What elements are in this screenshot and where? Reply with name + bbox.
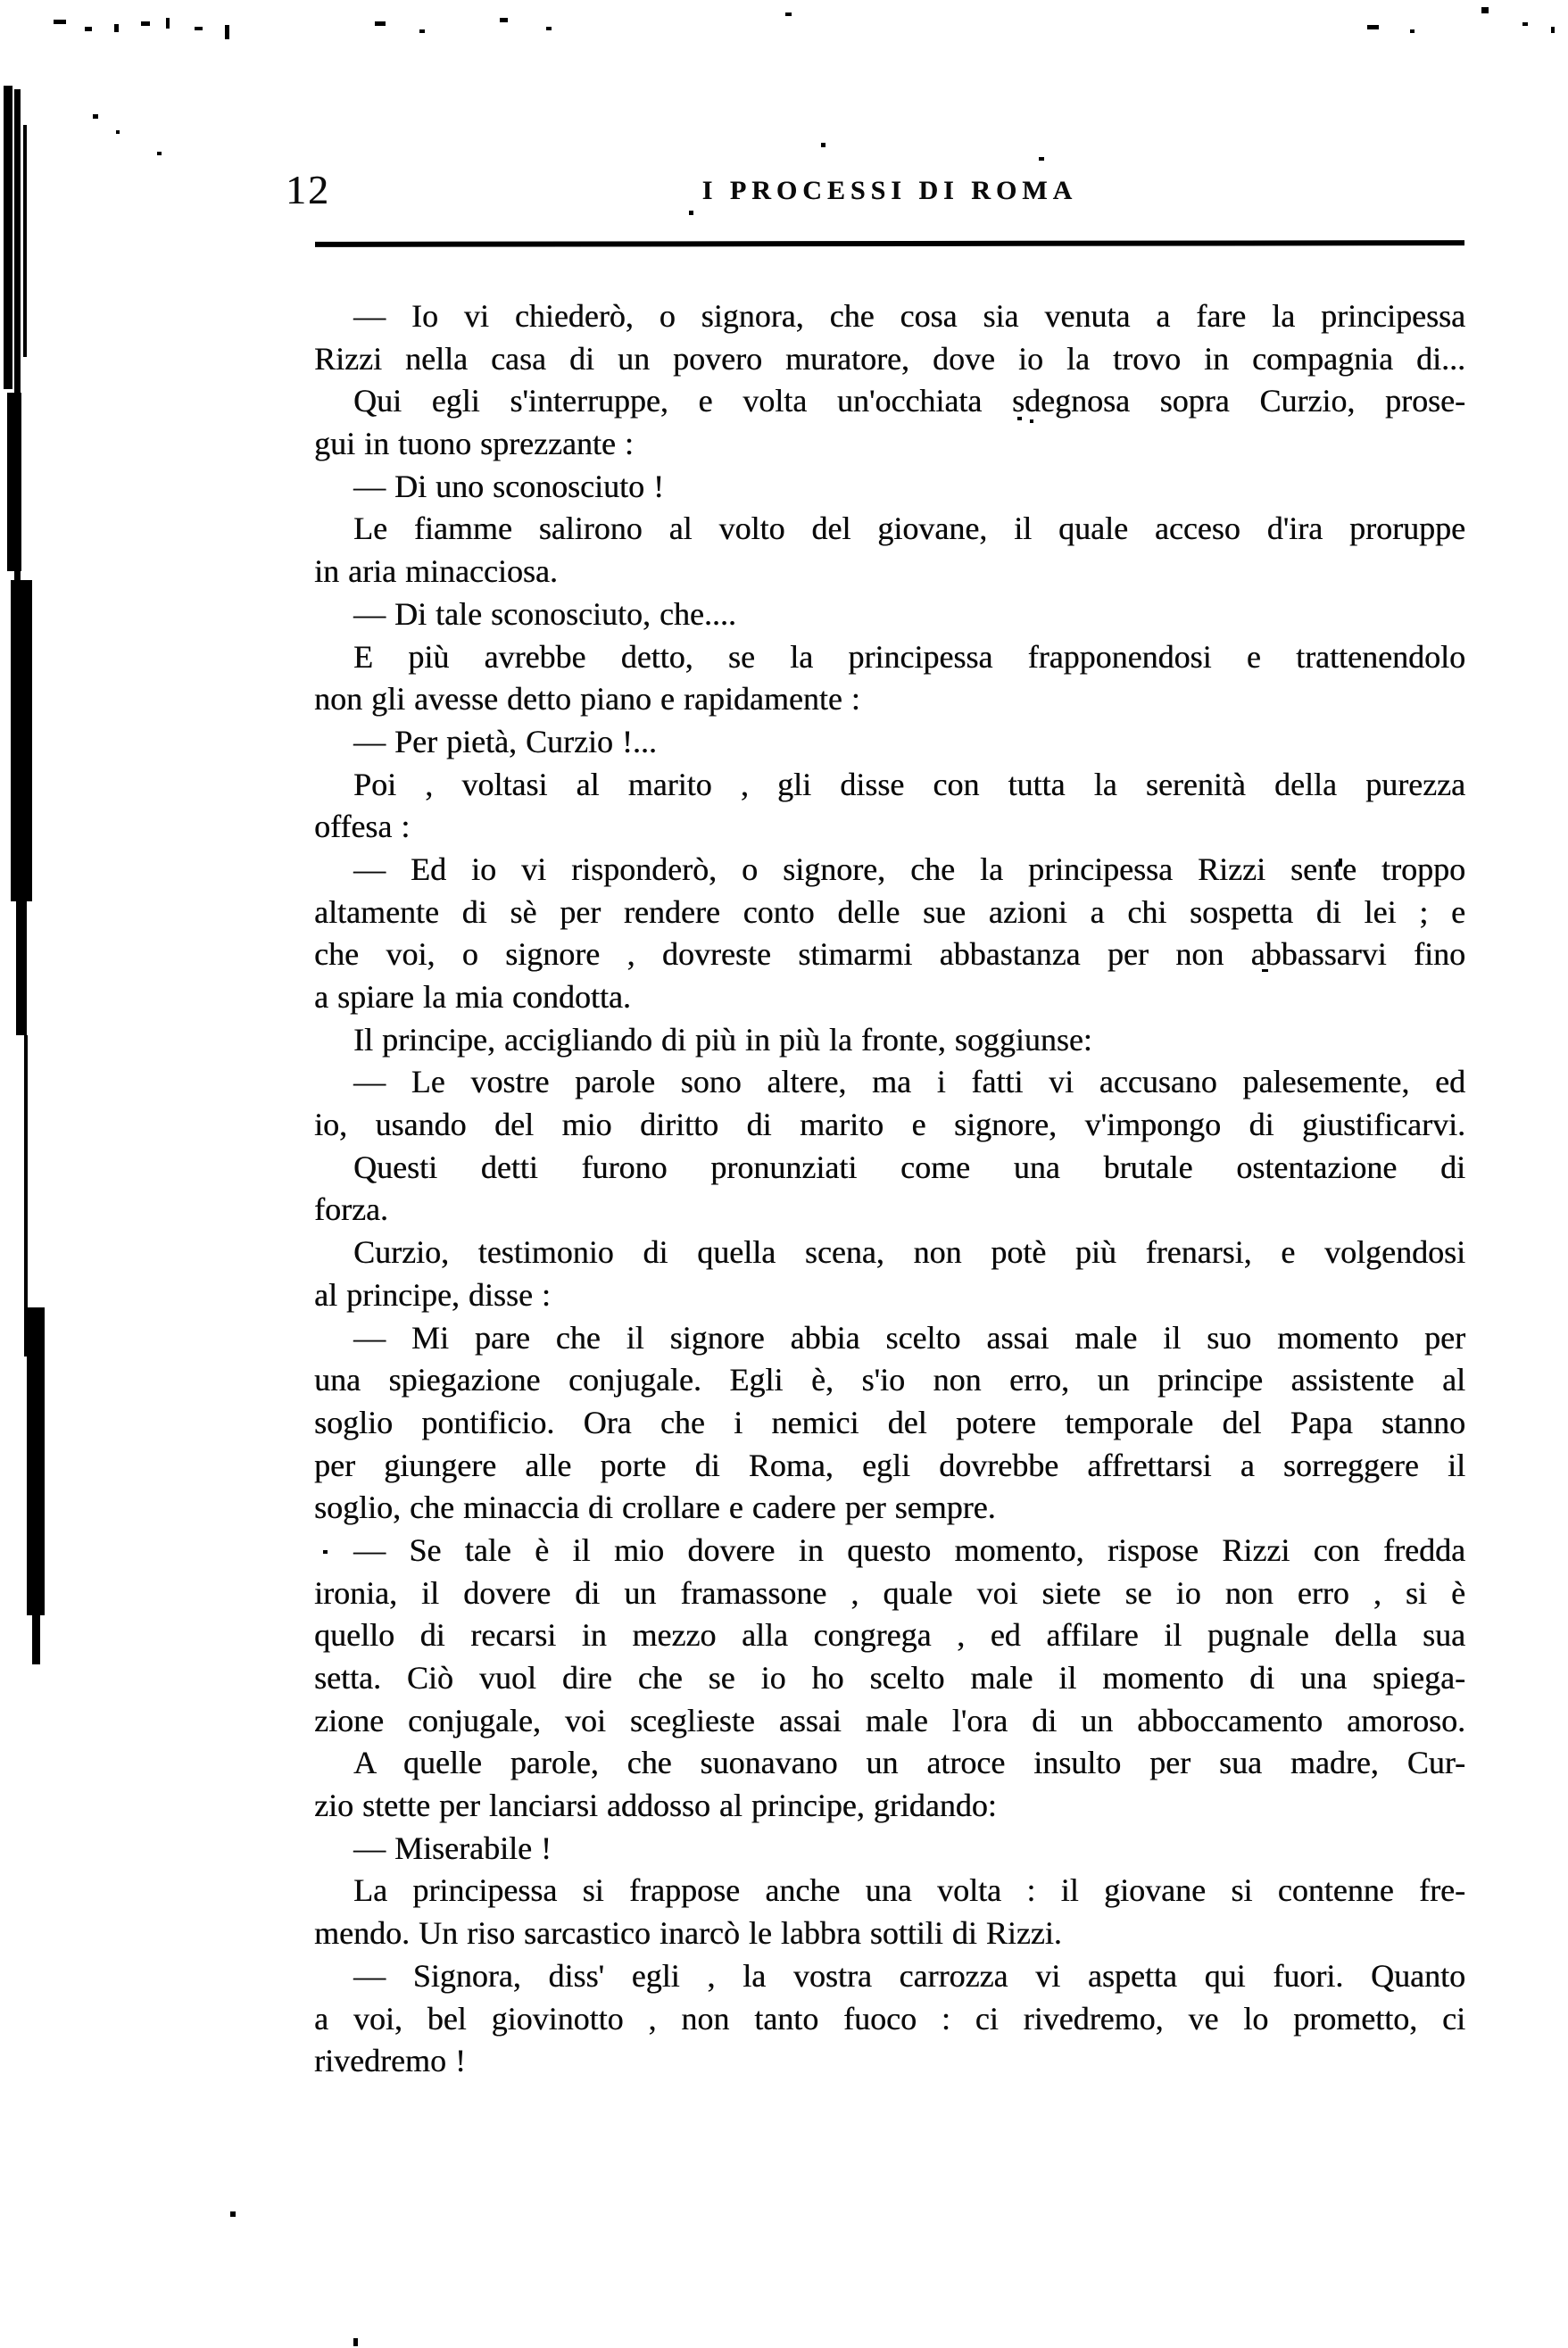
ink-speck bbox=[114, 24, 119, 32]
ink-speck bbox=[546, 27, 552, 30]
text-line: — Di tale sconosciuto, che.... bbox=[314, 593, 1465, 636]
text-line: gui in tuono sprezzante : bbox=[314, 423, 1465, 466]
text-line: — Signora, diss' egli , la vostra carroz… bbox=[314, 1955, 1465, 1998]
text-line: una spiegazione conjugale. Egli è, s'io … bbox=[314, 1359, 1465, 1402]
ink-speck bbox=[785, 12, 792, 16]
text-line: zio stette per lanciarsi addosso al prin… bbox=[314, 1785, 1465, 1828]
text-line: — Io vi chiederò, o signora, che cosa si… bbox=[314, 295, 1465, 338]
ink-speck bbox=[1522, 22, 1528, 26]
text-line: altamente di sè per rendere conto delle … bbox=[314, 892, 1465, 934]
text-line: non gli avesse detto piano e rapidamente… bbox=[314, 678, 1465, 721]
text-line: Questi detti furono pronunziati come una… bbox=[314, 1147, 1465, 1190]
text-line: A quelle parole, che suonavano un atroce… bbox=[314, 1742, 1465, 1785]
text-line: che voi, o signore , dovreste stimarmi a… bbox=[314, 933, 1465, 976]
text-line: mendo. Un riso sarcastico inarcò le labb… bbox=[314, 1912, 1465, 1955]
text-line: io, usando del mio diritto di marito e s… bbox=[314, 1104, 1465, 1147]
text-line: E più avrebbe detto, se la principessa f… bbox=[314, 636, 1465, 679]
ink-speck bbox=[375, 21, 386, 26]
ink-speck bbox=[353, 2338, 358, 2346]
text-line: — Di uno sconosciuto ! bbox=[314, 466, 1465, 509]
text-line: rivedremo ! bbox=[314, 2040, 1465, 2083]
ink-speck bbox=[93, 114, 98, 119]
ink-speck bbox=[1039, 157, 1044, 161]
text-line: Rizzi nella casa di un povero muratore, … bbox=[314, 338, 1465, 381]
ink-speck bbox=[141, 21, 150, 26]
ink-speck bbox=[419, 29, 425, 33]
text-line: — Per pietà, Curzio !... bbox=[314, 721, 1465, 764]
gutter-streak bbox=[32, 1615, 40, 1664]
ink-speck bbox=[1367, 25, 1379, 29]
ink-speck bbox=[54, 20, 66, 24]
text-line: in aria minacciosa. bbox=[314, 551, 1465, 593]
text-line: soglio, che minaccia di crollare e cader… bbox=[314, 1487, 1465, 1530]
ink-speck bbox=[1410, 29, 1415, 33]
ink-speck bbox=[821, 143, 825, 147]
text-line: per giungere alle porte di Roma, egli do… bbox=[314, 1445, 1465, 1488]
text-line: Poi , voltasi al marito , gli disse con … bbox=[314, 764, 1465, 807]
text-line: Curzio, testimonio di quella scena, non … bbox=[314, 1232, 1465, 1274]
ink-speck bbox=[1262, 969, 1268, 972]
text-line: zione conjugale, voi sceglieste assai ma… bbox=[314, 1700, 1465, 1743]
gutter-streak bbox=[11, 580, 32, 901]
text-line: — Se tale è il mio dovere in questo mome… bbox=[314, 1530, 1465, 1572]
text-line: Le fiamme salirono al volto del giovane,… bbox=[314, 508, 1465, 551]
text-line: — Le vostre parole sono altere, ma i fat… bbox=[314, 1061, 1465, 1104]
text-line: Qui egli s'interruppe, e volta un'occhia… bbox=[314, 380, 1465, 423]
book-page: 12 I PROCESSI DI ROMA — Io vi chiederò, … bbox=[0, 0, 1568, 2348]
ink-speck bbox=[225, 25, 229, 39]
text-line: a voi, bel giovinotto , non tanto fuoco … bbox=[314, 1998, 1465, 2041]
ink-speck bbox=[689, 211, 693, 215]
text-line: — Miserabile ! bbox=[314, 1828, 1465, 1871]
ink-speck bbox=[1030, 419, 1033, 423]
gutter-streak bbox=[4, 86, 12, 389]
text-line: La principessa si frappose anche una vol… bbox=[314, 1870, 1465, 1912]
ink-speck bbox=[500, 18, 508, 22]
text-line: soglio pontificio. Ora che i nemici del … bbox=[314, 1402, 1465, 1445]
text-line: offesa : bbox=[314, 806, 1465, 849]
header-rule bbox=[315, 240, 1464, 247]
ink-speck bbox=[323, 1550, 328, 1554]
gutter-streak bbox=[7, 393, 21, 571]
text-block: — Io vi chiederò, o signora, che cosa si… bbox=[314, 295, 1465, 2083]
text-line: quello di recarsi in mezzo alla congrega… bbox=[314, 1614, 1465, 1657]
ink-speck bbox=[230, 2211, 236, 2217]
gutter-streak bbox=[16, 901, 27, 1035]
ink-speck bbox=[1481, 7, 1489, 13]
ink-speck bbox=[157, 152, 162, 155]
ink-speck bbox=[116, 130, 120, 134]
text-line: a spiare la mia condotta. bbox=[314, 976, 1465, 1019]
ink-speck bbox=[1017, 417, 1022, 420]
gutter-streak bbox=[27, 1307, 45, 1615]
text-line: forza. bbox=[314, 1189, 1465, 1232]
ink-speck bbox=[166, 18, 170, 29]
text-line: — Ed io vi risponderò, o signore, che la… bbox=[314, 849, 1465, 892]
gutter-streak bbox=[23, 125, 27, 357]
text-line: setta. Ciò vuol dire che se io ho scelto… bbox=[314, 1657, 1465, 1700]
ink-speck bbox=[1551, 27, 1555, 33]
ink-speck bbox=[1339, 859, 1342, 867]
text-line: Il principe, accigliando di più in più l… bbox=[314, 1019, 1465, 1062]
ink-speck bbox=[195, 27, 203, 30]
running-title: I PROCESSI DI ROMA bbox=[314, 177, 1465, 205]
ink-speck bbox=[85, 27, 92, 31]
text-line: al principe, disse : bbox=[314, 1274, 1465, 1317]
text-line: ironia, il dovere di un framassone , qua… bbox=[314, 1572, 1465, 1615]
text-line: — Mi pare che il signore abbia scelto as… bbox=[314, 1317, 1465, 1360]
